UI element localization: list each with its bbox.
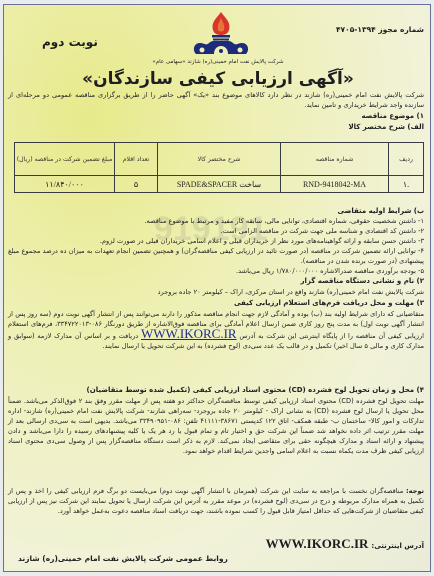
web-address: آدرس اینترنتی: WWW.IKORC.IR bbox=[266, 536, 424, 552]
page-title: «آگهی ارزیابی کیفی سازندگان» bbox=[4, 69, 431, 89]
section3-text: متقاضیانی که دارای شرایط اولیه بند (ب) ب… bbox=[8, 309, 424, 351]
col-description: شرح مختصر کالا bbox=[158, 143, 281, 176]
cell-tender-no: RND-9418042-MA bbox=[281, 176, 389, 193]
table-row: .۱ RND-9418042-MA ساخت SPADE&SPACER ۵ ۱۱… bbox=[15, 176, 424, 193]
round-label: نوبت دوم bbox=[42, 35, 98, 49]
section2-heading: ۲) نام و نشانی دستگاه مناقصه گزار bbox=[301, 276, 425, 286]
signature: روابط عمومی شرکت پالایش نفت امام خمینی(ر… bbox=[18, 554, 228, 563]
cell-description: ساخت SPADE&SPACER bbox=[158, 176, 281, 193]
table-header-row: ردیف شماره مناقصه شرح مختصر کالا تعداد ا… bbox=[15, 143, 424, 176]
section4-heading: ۴) محل و زمان تحویل لوح فشرده (CD) محتوی… bbox=[87, 385, 424, 395]
section1-sub-b: ب) شرایط اولیه متقاضی bbox=[338, 206, 425, 216]
footer-website-link[interactable]: WWW.IKORC.IR bbox=[266, 536, 369, 552]
condition-5: ۵- بودجه برآوردی مناقصه صدرالاشاره ۱/۷۸۰… bbox=[8, 266, 424, 276]
note-text: مناقصه‌گران نخست با مراجعه به سایت این ش… bbox=[8, 487, 424, 515]
permit-number: شماره مجوز ۱۳۹۴-۴۷۰۵ bbox=[336, 25, 424, 34]
col-tender-no: شماره مناقصه bbox=[281, 143, 389, 176]
nioc-flame-logo-icon bbox=[190, 10, 252, 58]
section3-heading: ۳) مهلت و محل دریافت فرم‌های استعلام ارز… bbox=[234, 298, 424, 308]
section4-text: مهلت تحویل لوح فشرده (CD) محتوی اسناد ار… bbox=[8, 396, 424, 456]
cell-guarantee: ۱۱/۸۴۰/۰۰۰ bbox=[15, 176, 115, 193]
condition-4: ۴- توانایی ارائه تضمین شرکت در مناقصه (د… bbox=[8, 246, 424, 266]
cell-count: ۵ bbox=[115, 176, 158, 193]
section1-heading: ۱) موضوع مناقصه bbox=[361, 111, 424, 121]
col-count: تعداد اقلام bbox=[115, 143, 158, 176]
company-subtitle: شرکت پالایش نفت امام خمینی(ره) شازند «سه… bbox=[4, 59, 431, 65]
note-paragraph: توجه: مناقصه‌گران نخست با مراجعه به سایت… bbox=[8, 486, 424, 516]
col-row: ردیف bbox=[389, 143, 424, 176]
web-label: آدرس اینترنتی: bbox=[371, 542, 424, 550]
section1-sub-a: الف) شرح مختصر کالا bbox=[348, 122, 424, 132]
condition-3: ۳- داشتن حسن سابقه و ارائه گواهینامه‌های… bbox=[8, 236, 424, 246]
condition-2: ۲- داشتن کد اقتصادی و شناسه ملی جهت شرکت… bbox=[8, 226, 424, 236]
intro-paragraph: شرکت پالایش نفت امام خمینی(ره) شازند در … bbox=[8, 90, 424, 110]
items-table: ردیف شماره مناقصه شرح مختصر کالا تعداد ا… bbox=[14, 142, 424, 193]
note-label: توجه: bbox=[406, 487, 424, 495]
condition-1: ۱- داشتن شخصیت حقوقی، شماره اقتصادی، توا… bbox=[8, 216, 424, 226]
col-guarantee: مبلغ تضمین شرکت در مناقصه (ریال) bbox=[15, 143, 115, 176]
cell-row: .۱ bbox=[389, 176, 424, 193]
section2-text: شرکت پالایش نفت امام خمینی(ره) شازند واق… bbox=[8, 287, 424, 297]
tender-notice: 919191 شماره مجوز ۱۳۹۴-۴۷۰۵ نوبت دوم شرک… bbox=[3, 4, 431, 572]
website-link[interactable]: WWW.IKORC.IR bbox=[141, 326, 237, 341]
